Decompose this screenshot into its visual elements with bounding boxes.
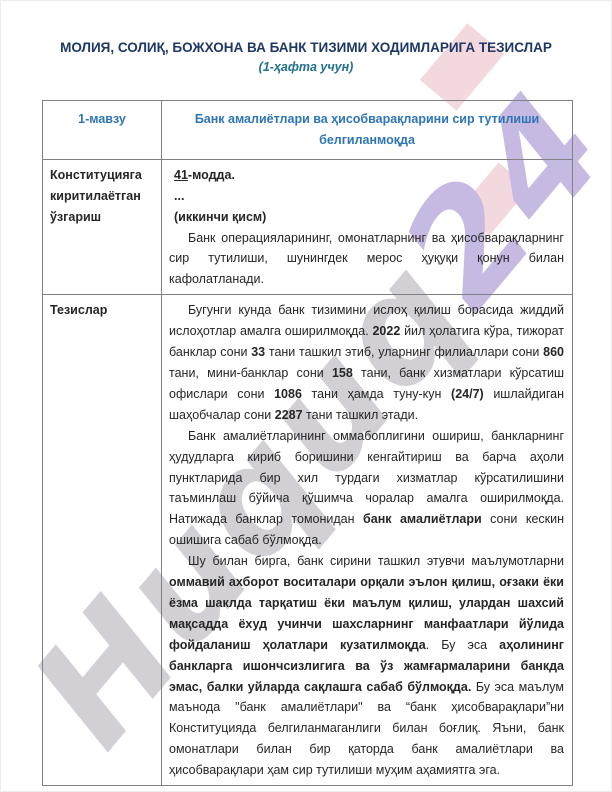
theses-paragraph-1: Бугунги кунда банк тизимини ислоҳ қилиш … (169, 300, 564, 425)
theses-paragraph-2: Банк амалиётларининг оммабоплигини ошири… (169, 426, 564, 551)
thesis-table: 1-мавзу Банк амалиётлари ва ҳисобварақла… (42, 100, 573, 786)
table-row-constitution: Конституцияга киритилаётган ўзгариш 41-м… (43, 159, 573, 294)
topic-number-cell: 1-мавзу (43, 101, 162, 160)
theses-paragraph-3: Шу билан бирга, банк сирини ташкил этувч… (169, 551, 564, 781)
table-row-theses: Тезислар Бугунги кунда банк тизимини исл… (43, 295, 573, 786)
constitution-label-cell: Конституцияга киритилаётган ўзгариш (43, 159, 162, 294)
article-number-line: 41-модда. (174, 165, 564, 186)
table-row-topic: 1-мавзу Банк амалиётлари ва ҳисобварақла… (43, 101, 573, 160)
page-subtitle: (1-ҳафта учун) (1, 60, 611, 74)
article-part-line: (иккинчи қисм) (174, 207, 564, 228)
document-page: Huquq24 МОЛИЯ, СОЛИҚ, БОЖХОНА ВА БАНК ТИ… (0, 0, 612, 792)
constitution-content-cell: 41-модда. ... (иккинчи қисм) Банк операц… (162, 159, 573, 294)
document-content: МОЛИЯ, СОЛИҚ, БОЖХОНА ВА БАНК ТИЗИМИ ХОД… (1, 39, 611, 786)
theses-content-cell: Бугунги кунда банк тизимини ислоҳ қилиш … (162, 295, 573, 786)
topic-title-cell: Банк амалиётлари ва ҳисобварақларини сир… (162, 101, 573, 160)
constitution-paragraph: Банк операцияларининг, омонатларнинг ва … (169, 228, 564, 291)
ellipsis-line: ... (174, 186, 564, 207)
theses-label-cell: Тезислар (43, 295, 162, 786)
page-title: МОЛИЯ, СОЛИҚ, БОЖХОНА ВА БАНК ТИЗИМИ ХОД… (31, 39, 581, 56)
